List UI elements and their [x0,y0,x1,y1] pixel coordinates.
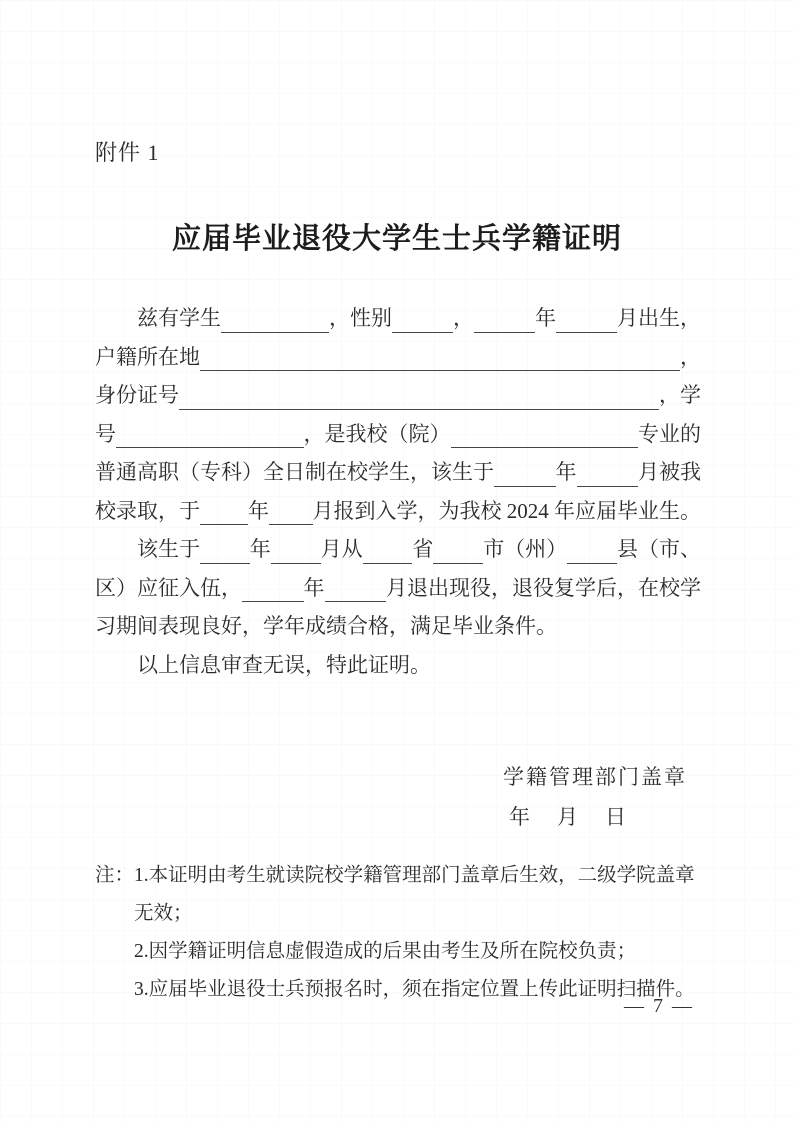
body-text-run: 区）应征入伍， [95,569,242,608]
notes-section: 注： 1.本证明由考生就读院校学籍管理部门盖章后生效，二级学院盖章无效；2.因学… [95,857,709,1009]
body-text-run: ， [453,299,474,338]
body-line: 校录取，于年月报到入学，为我校 2024 年应届毕业生。 [95,492,701,531]
blank-underline-field [200,339,680,371]
body-text-run: 年 [556,453,577,492]
blank-underline-field [363,532,413,564]
blank-underline-field [242,570,304,602]
body-text-run: 年 [250,530,271,569]
notes-list: 1.本证明由考生就读院校学籍管理部门盖章后生效，二级学院盖章无效；2.因学籍证明… [134,857,709,1009]
blank-underline-field [271,532,321,564]
blank-underline-field [556,301,617,333]
body-line: 户籍所在地， [95,338,701,377]
blank-underline-field [221,301,329,333]
body-text-run: ，是我校（院） [304,415,451,454]
body-text-run: 校录取，于 [95,492,200,531]
body-text-run: ，学 [659,376,701,415]
body-line: 号，是我校（院）专业的 [95,415,701,454]
body-line: 普通高职（专科）全日制在校学生，该生于年月被我 [95,453,701,492]
blank-underline-field [577,455,639,487]
body-line: 兹有学生，性别，年月出生， [95,299,701,338]
body-line: 以上信息审查无误，特此证明。 [95,646,701,685]
body-text-run: 年 [304,569,325,608]
attachment-label: 附件 1 [95,136,160,167]
blank-underline-field [567,532,617,564]
page-number: — 7 — [624,995,694,1018]
body-text-run: 该生于 [137,530,200,569]
body-text-run: 年 [535,299,556,338]
body-text-run: 号 [95,415,116,454]
body-text-run: 户籍所在地 [95,338,200,377]
blank-underline-field [179,378,659,410]
body-line: 习期间表现良好，学年成绩合格，满足毕业条件。 [95,607,701,646]
signature-block: 学籍管理部门盖章 年 月 日 [95,757,701,837]
blank-underline-field [433,532,483,564]
body-line: 身份证号，学 [95,376,701,415]
body-text-run: 月从 [321,530,363,569]
body-text-run: 市（州） [483,530,567,569]
certificate-page: 附件 1 应届毕业退役大学生士兵学籍证明 兹有学生，性别，年月出生，户籍所在地，… [0,0,794,1122]
body-text-run: 月报到入学，为我校 2024 年应届毕业生。 [313,492,702,531]
body-text-run: 月退出现役，退役复学后，在校学 [386,569,701,608]
body-text-run: ， [680,338,701,377]
body-text-run: 省 [412,530,433,569]
date-line: 年 月 日 [95,797,701,837]
body-text-run: 县（市、 [617,530,701,569]
body-line: 该生于年月从省市（州）县（市、 [95,530,701,569]
stamp-line: 学籍管理部门盖章 [95,757,701,797]
notes-label: 注： [95,857,134,895]
body-text-run: ，性别 [329,299,392,338]
blank-underline-field [474,301,535,333]
body-text-run: 习期间表现良好，学年成绩合格，满足毕业条件。 [95,607,557,646]
blank-underline-field [392,301,453,333]
blank-underline-field [200,532,250,564]
certificate-body: 兹有学生，性别，年月出生，户籍所在地，身份证号，学号，是我校（院）专业的普通高职… [95,299,701,684]
note-item: 1.本证明由考生就读院校学籍管理部门盖章后生效，二级学院盖章无效； [134,857,709,933]
blank-underline-field [494,455,556,487]
body-line: 区）应征入伍，年月退出现役，退役复学后，在校学 [95,569,701,608]
blank-underline-field [269,493,313,525]
body-text-run: 普通高职（专科）全日制在校学生，该生于 [95,453,494,492]
document-title: 应届毕业退役大学生士兵学籍证明 [0,216,794,257]
body-text-run: 身份证号 [95,376,179,415]
body-text-run: 月被我 [638,453,701,492]
body-text-run: 年 [248,492,269,531]
body-text-run: 以上信息审查无误，特此证明。 [137,646,431,685]
blank-underline-field [451,416,639,448]
body-text-run: 兹有学生 [137,299,221,338]
note-item: 3.应届毕业退役士兵预报名时，须在指定位置上传此证明扫描件。 [134,971,709,1009]
blank-underline-field [116,416,304,448]
blank-underline-field [325,570,387,602]
body-text-run: 月出生， [617,299,701,338]
note-item: 2.因学籍证明信息虚假造成的后果由考生及所在院校负责； [134,933,709,971]
body-text-run: 专业的 [638,415,701,454]
blank-underline-field [200,493,248,525]
